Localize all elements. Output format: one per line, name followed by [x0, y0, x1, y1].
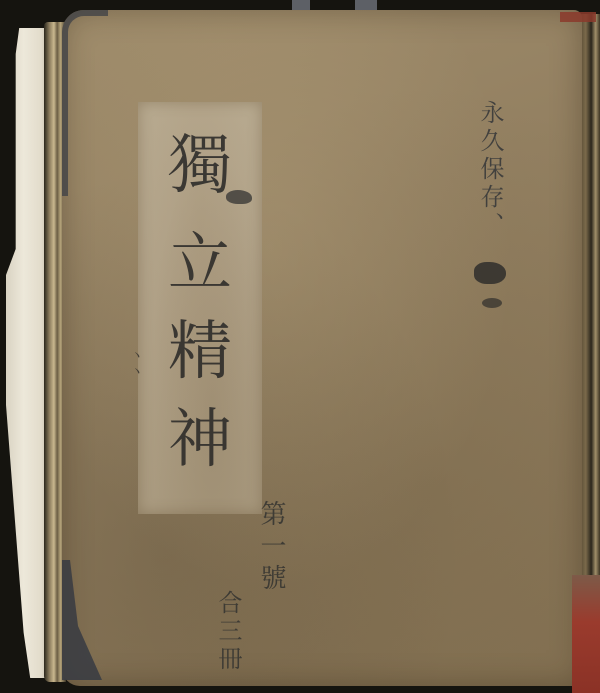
top-clip — [355, 0, 377, 10]
title-char-3: 精 — [138, 320, 262, 384]
title-label: 獨 立 精 神 — [138, 102, 262, 514]
margin-marks: ヽ ヽ — [130, 348, 144, 380]
ink-blot — [226, 190, 252, 204]
top-clip — [292, 0, 310, 10]
note-ink-blot — [482, 298, 502, 308]
volume-number: 第一號 — [256, 500, 290, 596]
title-char-4: 神 — [138, 408, 262, 472]
title-char-1: 獨 — [138, 134, 262, 198]
book-photo: 獨 立 精 神 永久保存、 ヽ ヽ 第一號 合三冊 — [0, 0, 600, 693]
volume-count: 合三冊 — [212, 590, 246, 674]
red-binding-bottom — [572, 575, 600, 693]
title-char-2: 立 — [138, 232, 262, 296]
red-binding-top — [560, 12, 596, 22]
note-ink-blot — [474, 262, 506, 284]
cover-worn-edge — [62, 10, 108, 196]
preservation-note: 永久保存、 — [468, 100, 508, 240]
